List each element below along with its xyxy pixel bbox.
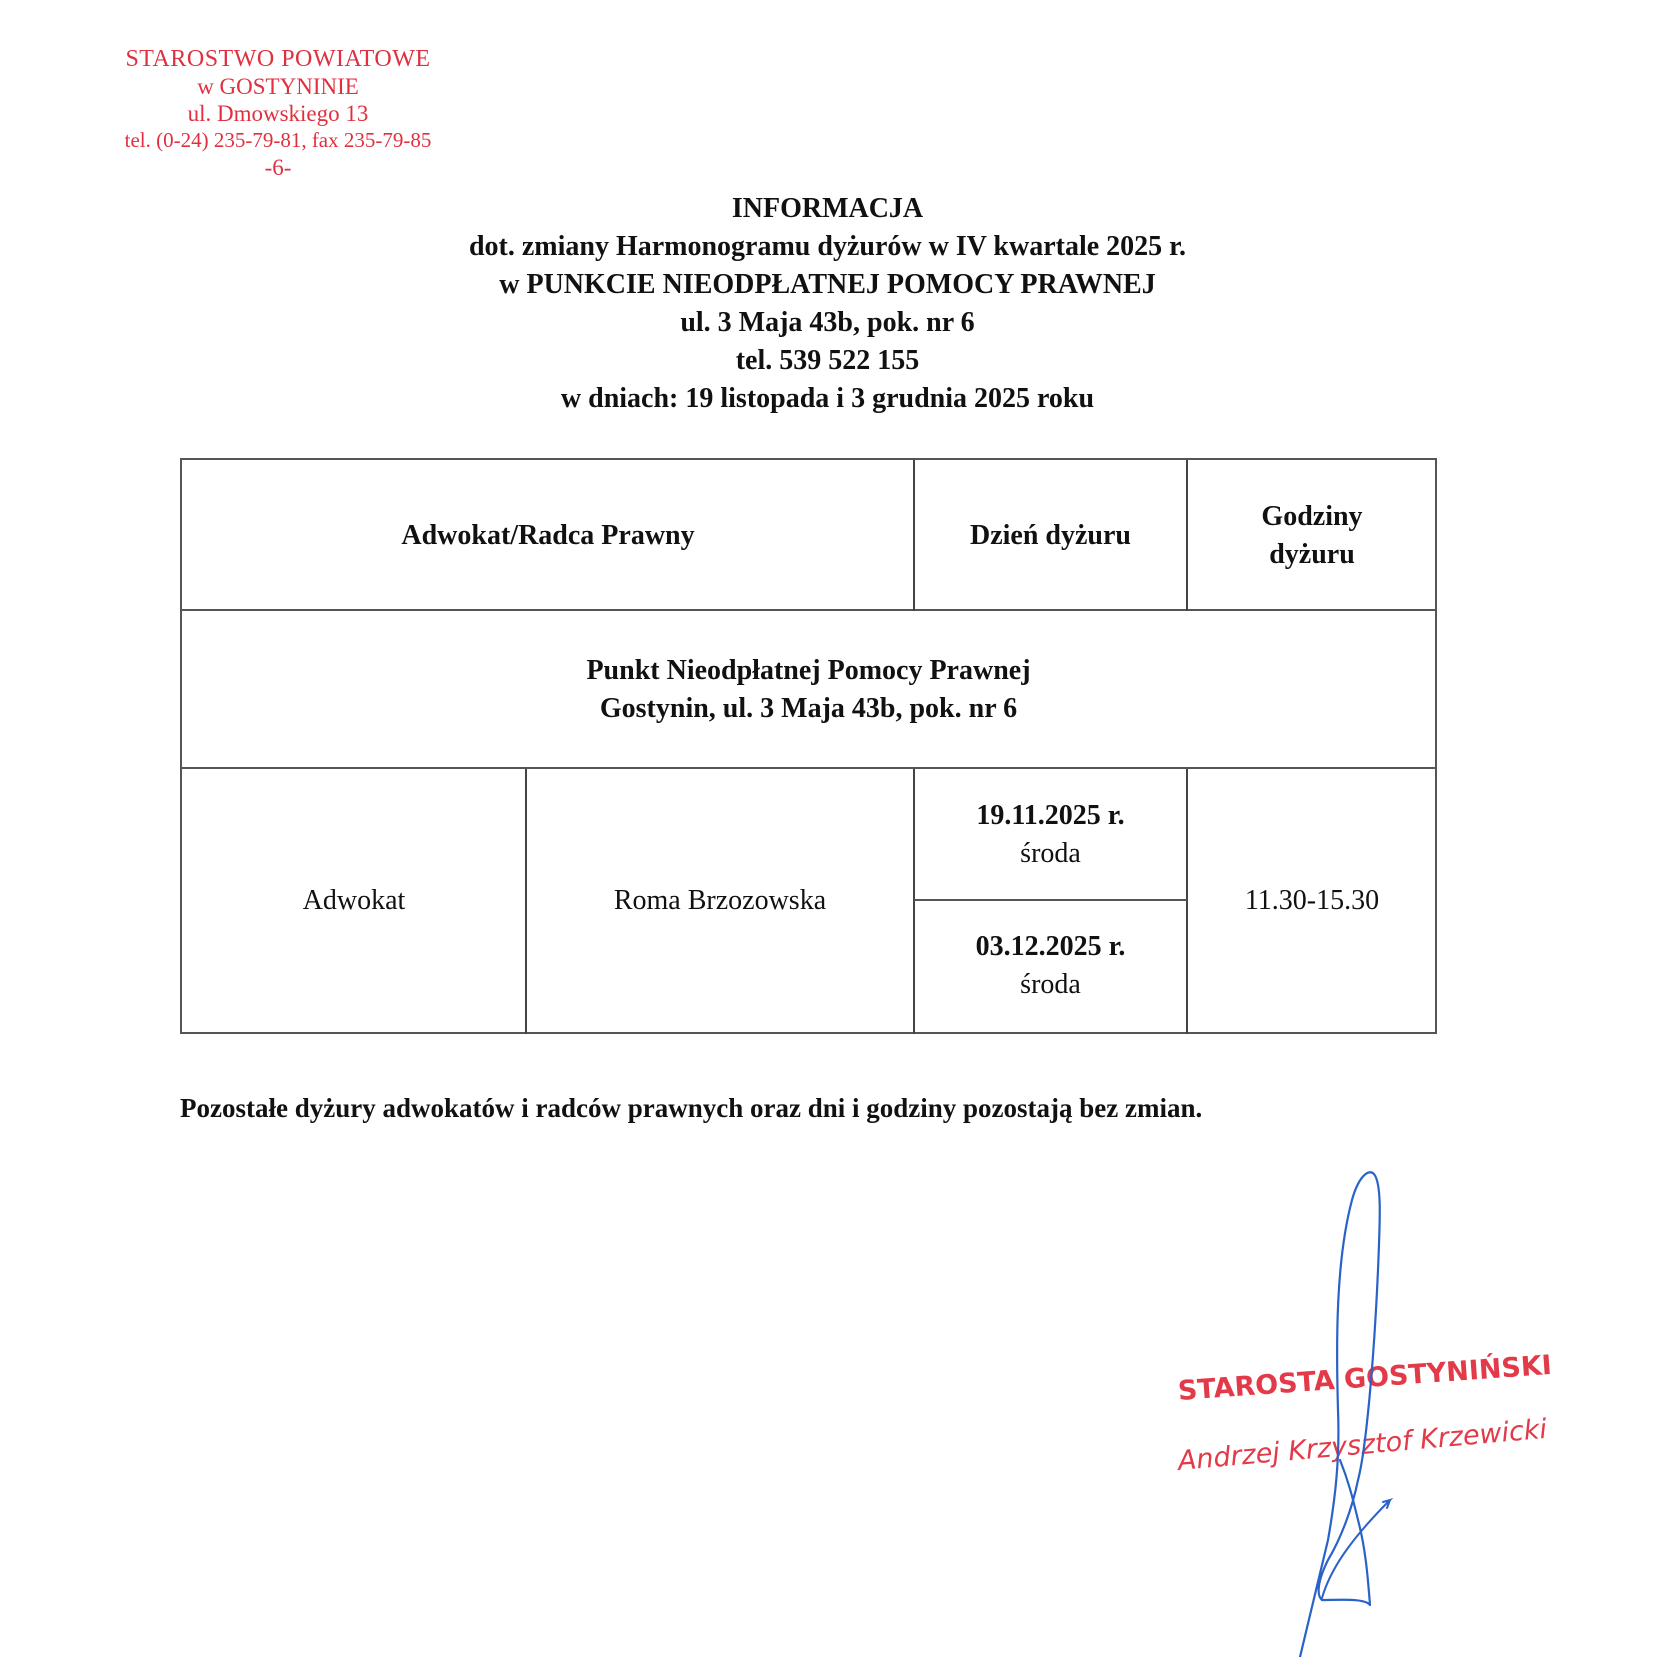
header-hours-label-2: dyżuru — [1269, 536, 1355, 574]
duty-date-1-value: 19.11.2025 r. — [976, 797, 1124, 835]
duty-date-2-weekday: środa — [1020, 966, 1081, 1004]
section-address: Gostynin, ul. 3 Maja 43b, pok. nr 6 — [600, 690, 1017, 728]
lawyer-role: Adwokat — [303, 882, 406, 920]
header-day-label: Dzień dyżuru — [970, 517, 1131, 555]
document-title: INFORMACJA — [0, 190, 1655, 228]
header-lawyer: Adwokat/Radca Prawny — [182, 460, 914, 611]
schedule-table: Adwokat/Radca Prawny Dzień dyżuru Godzin… — [180, 458, 1437, 1034]
stamp-line-phone: tel. (0-24) 235-79-81, fax 235-79-85 — [88, 127, 468, 154]
stamp-line-street: ul. Dmowskiego 13 — [88, 100, 468, 127]
duty-date-2: 03.12.2025 r. środa — [914, 900, 1187, 1032]
header-hours: Godziny dyżuru — [1187, 460, 1437, 611]
office-stamp: STAROSTWO POWIATOWE w GOSTYNINIE ul. Dmo… — [88, 46, 468, 181]
heading-dates: w dniach: 19 listopada i 3 grudnia 2025 … — [0, 380, 1655, 418]
stamp-line-city: w GOSTYNINIE — [88, 73, 468, 100]
header-lawyer-label: Adwokat/Radca Prawny — [401, 517, 694, 555]
duty-date-1-weekday: środa — [1020, 835, 1081, 873]
stamp-line-office: STAROSTWO POWIATOWE — [88, 46, 468, 73]
closing-note: Pozostałe dyżury adwokatów i radców praw… — [180, 1093, 1202, 1124]
heading-phone: tel. 539 522 155 — [0, 342, 1655, 380]
column-divider — [525, 769, 527, 1034]
section-heading: Punkt Nieodpłatnej Pomocy Prawnej Gostyn… — [182, 611, 1435, 769]
document-heading: INFORMACJA dot. zmiany Harmonogramu dyżu… — [0, 190, 1655, 418]
column-divider — [913, 769, 915, 1034]
header-hours-label-1: Godziny — [1261, 498, 1362, 536]
table-row-name: Roma Brzozowska — [526, 769, 914, 1032]
header-day: Dzień dyżuru — [914, 460, 1187, 611]
section-title: Punkt Nieodpłatnej Pomocy Prawnej — [586, 652, 1030, 690]
duty-hours-value: 11.30-15.30 — [1245, 882, 1379, 920]
heading-subject: dot. zmiany Harmonogramu dyżurów w IV kw… — [0, 228, 1655, 266]
heading-address: ul. 3 Maja 43b, pok. nr 6 — [0, 304, 1655, 342]
table-row-role: Adwokat — [182, 769, 526, 1032]
duty-date-2-value: 03.12.2025 r. — [976, 928, 1126, 966]
column-divider — [913, 460, 915, 611]
stamp-line-number: -6- — [88, 154, 468, 181]
duty-hours: 11.30-15.30 — [1187, 769, 1437, 1032]
lawyer-name: Roma Brzozowska — [614, 882, 826, 920]
date-divider — [914, 899, 1187, 901]
column-divider — [1186, 460, 1188, 611]
column-divider — [1186, 769, 1188, 1034]
heading-office: w PUNKCIE NIEODPŁATNEJ POMOCY PRAWNEJ — [0, 266, 1655, 304]
duty-date-1: 19.11.2025 r. środa — [914, 769, 1187, 900]
handwritten-signature-icon — [1240, 1160, 1460, 1657]
